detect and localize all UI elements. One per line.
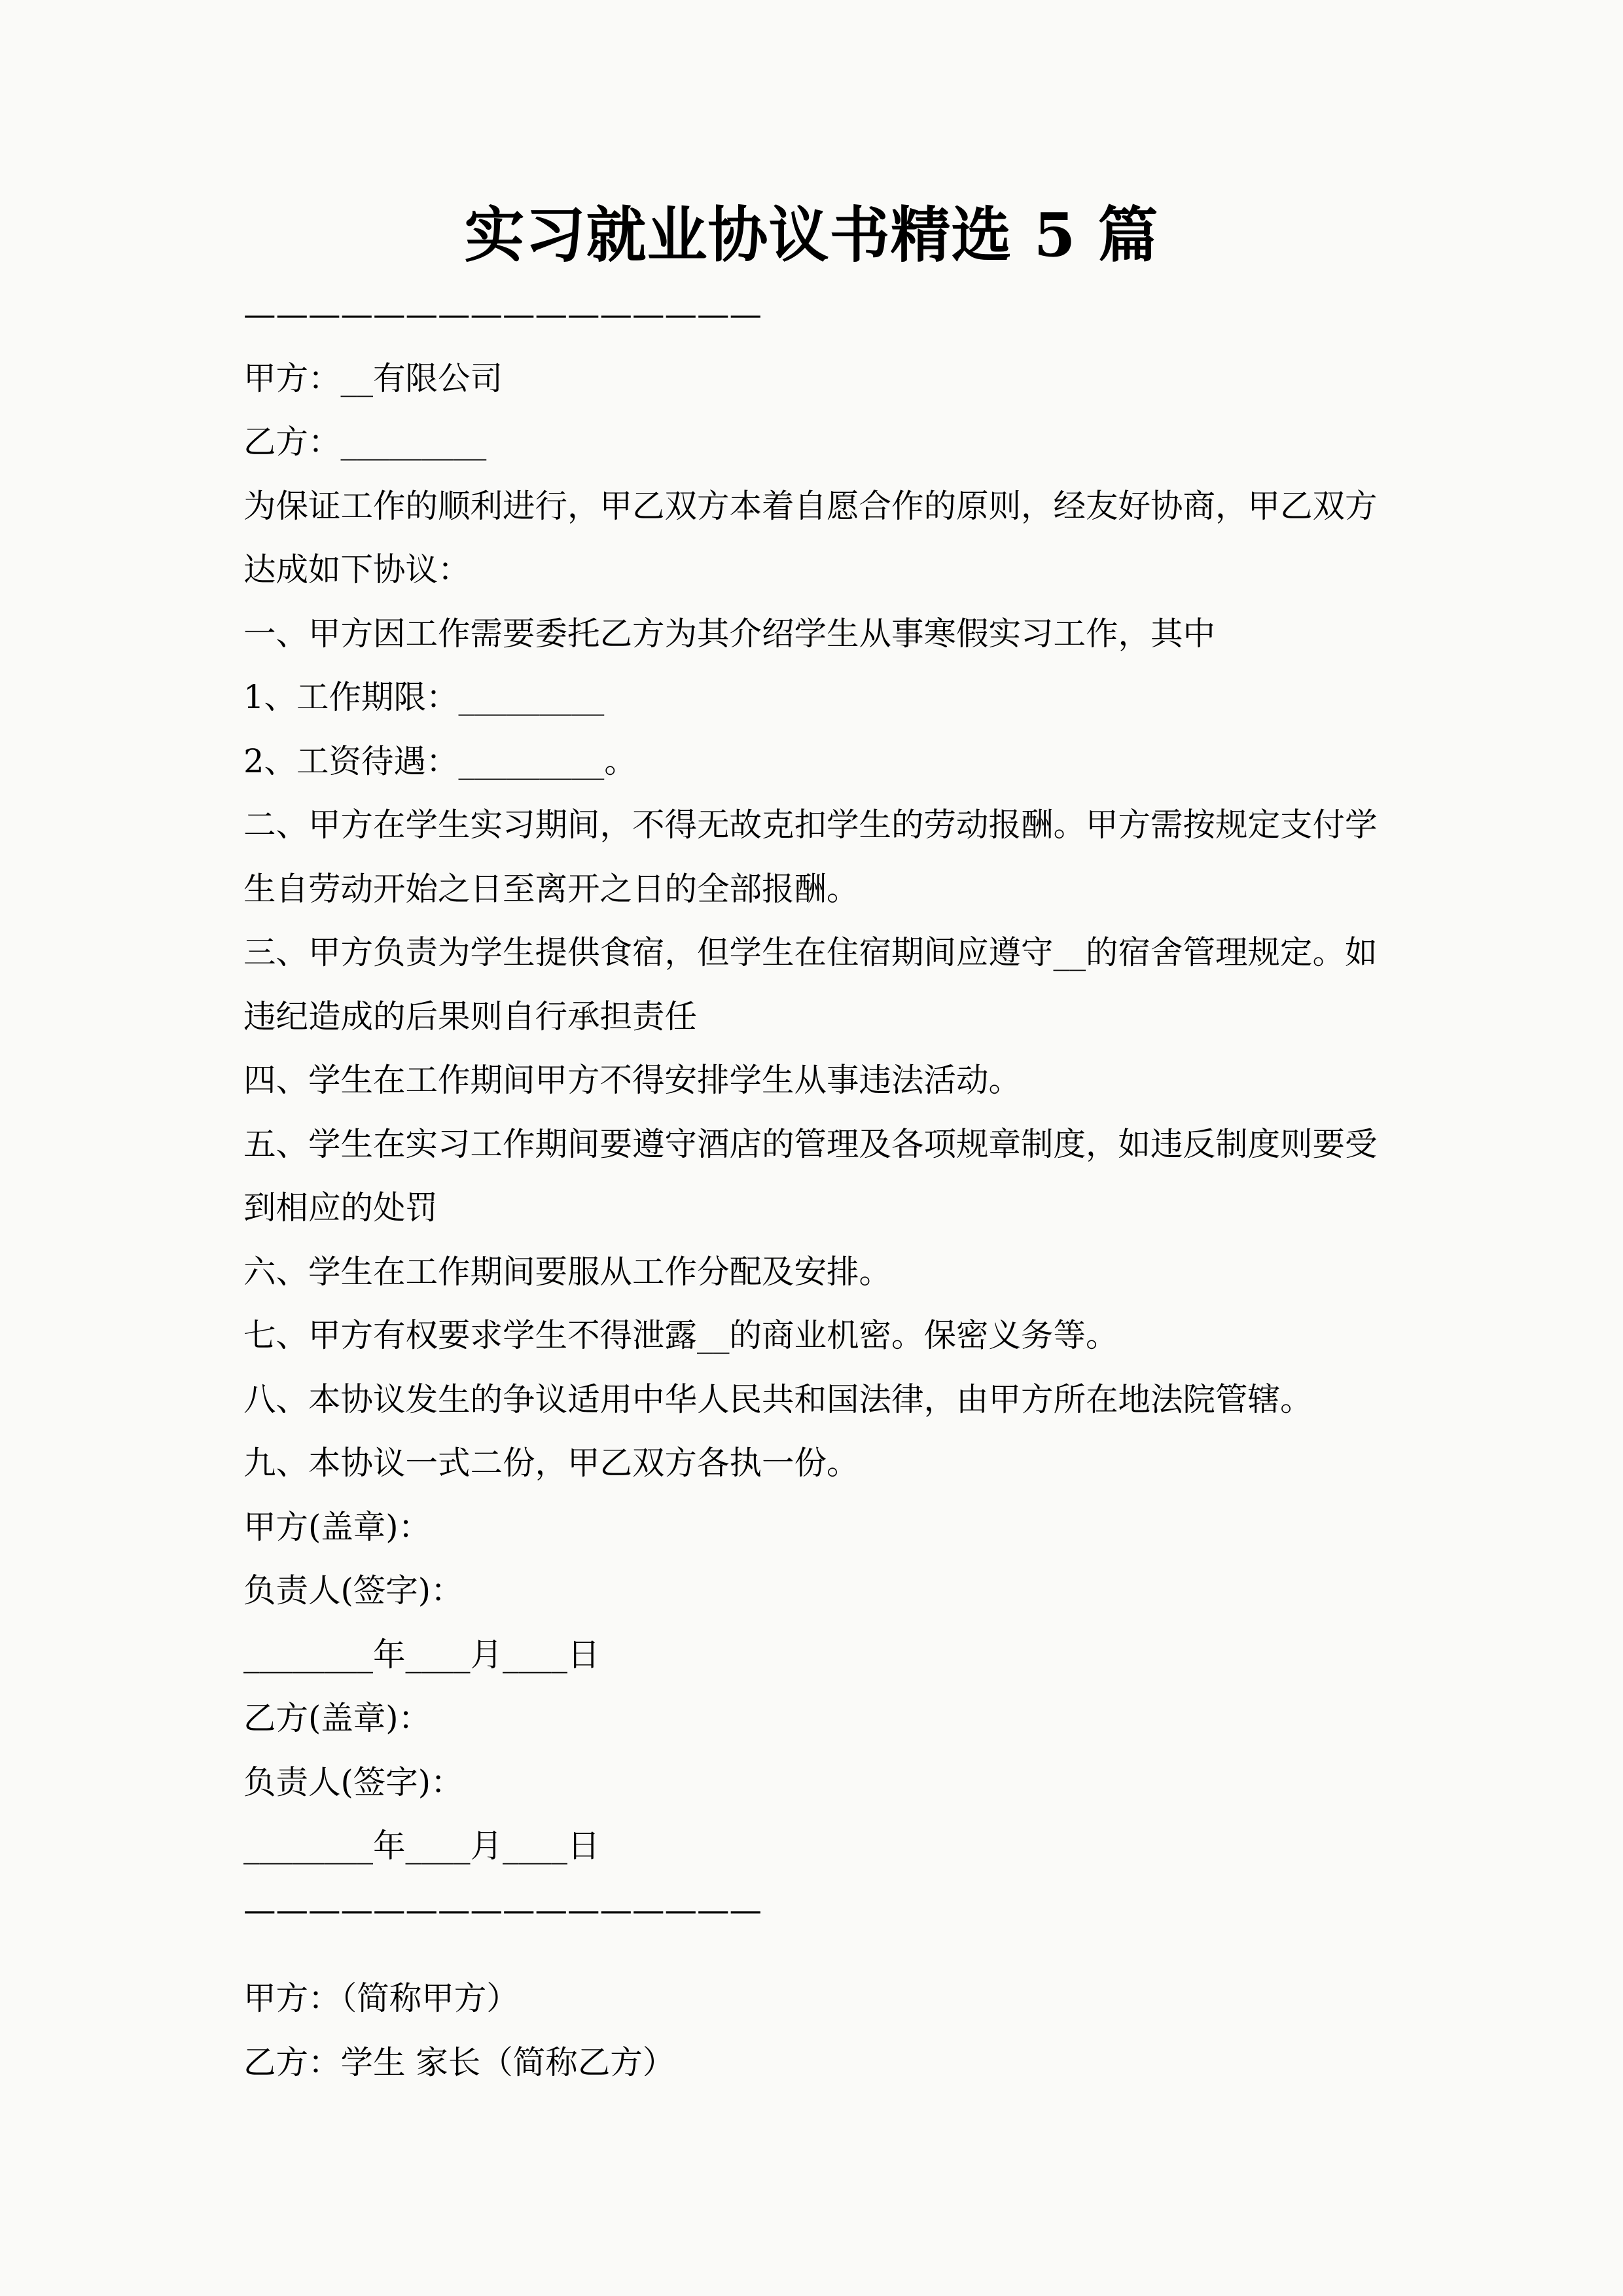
clause-5-line-2: 到相应的处罚 bbox=[243, 1176, 1381, 1240]
party-b-line: 乙方：_________ bbox=[243, 410, 1381, 475]
party-b-seal-line: 乙方(盖章)： bbox=[243, 1687, 1381, 1751]
party-a-date-line: ________年____月____日 bbox=[243, 1623, 1381, 1687]
clause-7: 七、甲方有权要求学生不得泄露__的商业机密。保密义务等。 bbox=[243, 1304, 1381, 1368]
divider-line-top: ———————————————— bbox=[243, 283, 1381, 347]
clause-1-item-2: 2、工资待遇：_________。 bbox=[243, 730, 1381, 794]
document-page: 实习就业协议书精选 5 篇 ———————————————— 甲方：__有限公司… bbox=[0, 0, 1623, 2296]
clause-8: 八、本协议发生的争议适用中华人民共和国法律，由甲方所在地法院管辖。 bbox=[243, 1368, 1381, 1432]
clause-9: 九、本协议一式二份，甲乙双方各执一份。 bbox=[243, 1431, 1381, 1496]
clause-3-line-1: 三、甲方负责为学生提供食宿，但学生在住宿期间应遵守__的宿舍管理规定。如 bbox=[243, 921, 1381, 985]
preamble-line-1: 为保证工作的顺利进行，甲乙双方本着自愿合作的原则，经友好协商，甲乙双方 bbox=[243, 475, 1381, 539]
party-a-seal-line: 甲方(盖章)： bbox=[243, 1496, 1381, 1560]
agreement2-party-a-line: 甲方：（简称甲方） bbox=[243, 1967, 1381, 2031]
party-a-line: 甲方：__有限公司 bbox=[243, 347, 1381, 411]
clause-5-line-1: 五、学生在实习工作期间要遵守酒店的管理及各项规章制度，如违反制度则要受 bbox=[243, 1113, 1381, 1177]
clause-1-item-1: 1、工作期限：_________ bbox=[243, 666, 1381, 730]
party-a-signer-line: 负责人(签字)： bbox=[243, 1559, 1381, 1623]
document-body: ———————————————— 甲方：__有限公司 乙方：_________ … bbox=[243, 283, 1381, 2094]
party-b-date-line: ________年____月____日 bbox=[243, 1814, 1381, 1878]
document-title: 实习就业协议书精选 5 篇 bbox=[0, 0, 1623, 272]
preamble-line-2: 达成如下协议： bbox=[243, 538, 1381, 602]
clause-2-line-1: 二、甲方在学生实习期间，不得无故克扣学生的劳动报酬。甲方需按规定支付学 bbox=[243, 793, 1381, 857]
agreement2-party-b-line: 乙方：学生 家长（简称乙方） bbox=[243, 2031, 1381, 2095]
clause-4: 四、学生在工作期间甲方不得安排学生从事违法活动。 bbox=[243, 1049, 1381, 1113]
clause-3-line-2: 违纪造成的后果则自行承担责任 bbox=[243, 985, 1381, 1049]
party-b-signer-line: 负责人(签字)： bbox=[243, 1751, 1381, 1815]
divider-line-bottom: ———————————————— bbox=[243, 1878, 1381, 1943]
clause-6: 六、学生在工作期间要服从工作分配及安排。 bbox=[243, 1240, 1381, 1304]
clause-1: 一、甲方因工作需要委托乙方为其介绍学生从事寒假实习工作，其中 bbox=[243, 602, 1381, 666]
clause-2-line-2: 生自劳动开始之日至离开之日的全部报酬。 bbox=[243, 857, 1381, 922]
